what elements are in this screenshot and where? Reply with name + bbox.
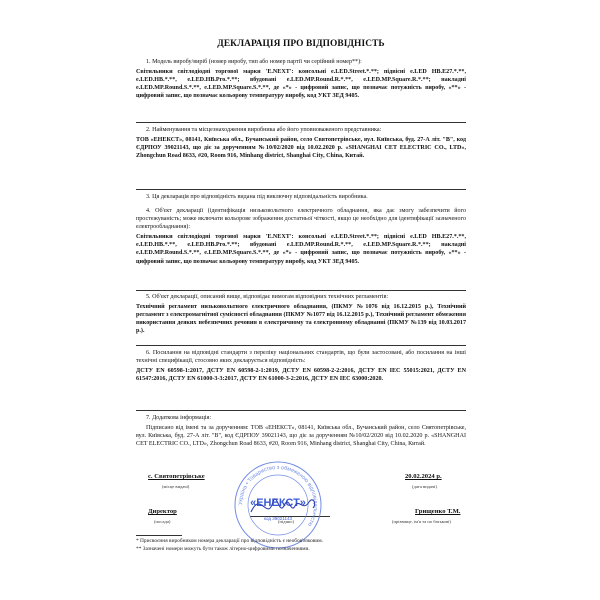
section-5: 5. Об'єкт декларації, описаний вище, від…: [136, 293, 466, 335]
section-1: 1. Модель виробу/виріб (номер виробу, ти…: [136, 58, 466, 100]
section-4-body: Світильники світлодіодні торгової марки …: [136, 233, 466, 265]
section-7-body: Підписано від імені та за дорученням: ТО…: [136, 424, 466, 448]
signatory-name: Грищенко Т.М.: [415, 508, 460, 515]
footnote-divider: [136, 535, 182, 536]
footnote-1: * Присвоєння виробником номера деклараці…: [136, 538, 323, 544]
section-6-heading: 6. Посилання на відповідні стандарти з п…: [136, 349, 466, 365]
section-5-body: Технічний регламент низьковольтного елек…: [136, 303, 466, 335]
section-2-body: ТОВ «ЕНЕКСТ», 08141, Київська обл., Буча…: [136, 136, 466, 160]
divider: [136, 345, 466, 346]
footnote-2: ** Зазначені номери можуть бути також лі…: [136, 546, 310, 552]
name-caption: (прізвище, ім'я та по батькові): [392, 519, 451, 524]
section-6: 6. Посилання на відповідні стандарти з п…: [136, 349, 466, 383]
date-of-issue: 20.02.2024 р.: [405, 473, 442, 480]
section-7-body-text: Підписано від імені та за дорученням: ТО…: [136, 425, 466, 447]
document-title: ДЕКЛАРАЦІЯ ПРО ВІДПОВІДНІСТЬ: [136, 39, 466, 49]
divider: [136, 410, 466, 411]
section-7: 7. Додаткова інформація: Підписано від і…: [136, 414, 466, 448]
position-caption: (посада): [154, 519, 170, 524]
divider: [136, 290, 466, 291]
section-7-heading: 7. Додаткова інформація:: [136, 414, 466, 422]
company-stamp: Україна • Товариство з обмеженою відпові…: [233, 460, 323, 550]
position: Директор: [148, 508, 177, 515]
section-4-heading: 4. Об'єкт декларації (ідентифікація низь…: [136, 207, 466, 231]
stamp-code: код 39021143: [264, 516, 292, 521]
divider: [136, 189, 466, 190]
section-6-body: ДСТУ EN 60598-1:2017, ДСТУ EN 60598-2-1:…: [136, 367, 466, 383]
place-of-issue: с. Святопетрівське: [148, 473, 205, 480]
section-5-heading: 5. Об'єкт декларації, описаний вище, від…: [136, 293, 466, 301]
section-1-heading: 1. Модель виробу/виріб (номер виробу, ти…: [136, 58, 466, 66]
section-1-body: Світильники світлодіодні торгової марки …: [136, 68, 466, 100]
section-2: 2. Найменування та місцезнаходження виро…: [136, 126, 466, 160]
section-3-heading: 3. Ця декларація про відповідність видан…: [136, 193, 466, 201]
section-4: 4. Об'єкт декларації (ідентифікація низь…: [136, 207, 466, 266]
section-3: 3. Ця декларація про відповідність видан…: [136, 193, 466, 201]
place-caption: (місце видачі): [162, 484, 189, 489]
section-2-heading: 2. Найменування та місцезнаходження виро…: [136, 126, 466, 134]
date-caption: (дата видачі): [412, 484, 437, 489]
divider: [136, 122, 466, 123]
